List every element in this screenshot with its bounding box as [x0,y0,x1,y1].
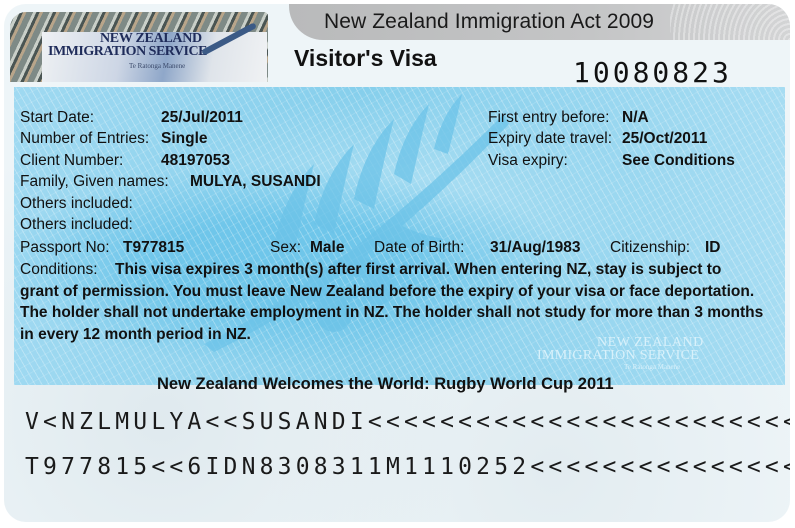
citizenship-label: Citizenship: [610,240,690,256]
field-value-first-entry: N/A [622,110,649,126]
mrz-line-2: T977815<<6IDN8308311M1110252<<<<<<<<<<<<… [25,454,790,480]
field-label: Client Number: [20,152,123,169]
slogan: New Zealand Welcomes the World: Rugby Wo… [157,375,614,394]
visa-type-title: Visitor's Visa [294,45,437,72]
field-label: Start Date: [20,109,94,126]
field-value-visa-expiry: See Conditions [622,153,735,169]
conditions-line-1: This visa expires 3 month(s) after first… [115,262,721,278]
logo-line-3: Te Ratonga Manene [129,62,185,70]
field-visa-expiry: Visa expiry: [488,153,568,169]
field-label: Family, Given names: [20,173,169,190]
field-label: Others included: [20,216,133,233]
sex-label: Sex: [270,240,301,256]
dob-value: 31/Aug/1983 [490,240,580,256]
field-others-included-1: Others included: [20,196,133,212]
field-value-expiry-travel: 25/Oct/2011 [622,131,707,147]
conditions-line-4: in every 12 month period in NZ. [20,327,251,343]
field-value-start-date: 25/Jul/2011 [161,110,243,126]
watermark-line-3: Te Ratonga Manene [624,363,680,371]
field-label: Others included: [20,195,133,212]
sex-value: Male [310,240,344,256]
field-start-date: Start Date: [20,110,94,126]
watermark-line-2: IMMIGRATION SERVICE [537,348,699,364]
field-expiry-travel: Expiry date travel: [488,131,612,147]
field-value-names: MULYA, SUSANDI [190,174,321,190]
field-others-included-2: Others included: [20,217,133,233]
conditions-line-3: The holder shall not undertake employmen… [20,305,763,321]
field-value-client-number: 48197053 [161,153,230,169]
field-names: Family, Given names: [20,174,169,190]
field-label: Number of Entries: [20,130,149,147]
act-title: New Zealand Immigration Act 2009 [324,10,654,34]
field-label: Expiry date travel: [488,130,612,147]
field-label: First entry before: [488,109,609,126]
field-client-number: Client Number: [20,153,123,169]
visa-card: New Zealand Immigration Act 2009 NEW ZEA… [4,4,790,522]
field-entries: Number of Entries: [20,131,149,147]
field-first-entry: First entry before: [488,110,609,126]
conditions-line-2: grant of permission. You must leave New … [20,284,754,300]
field-label: Visa expiry: [488,152,568,169]
dob-label: Date of Birth: [374,240,464,256]
logo-line-2: IMMIGRATION SERVICE [48,44,207,60]
conditions-label: Conditions: [20,262,98,278]
field-value-entries: Single [161,131,208,147]
citizenship-value: ID [705,240,721,256]
visa-number: 10080823 [573,56,732,89]
passport-value: T977815 [123,240,184,256]
mrz-line-1: V<NZLMULYA<<SUSANDI<<<<<<<<<<<<<<<<<<<<<… [25,409,790,435]
passport-label: Passport No: [20,240,110,256]
